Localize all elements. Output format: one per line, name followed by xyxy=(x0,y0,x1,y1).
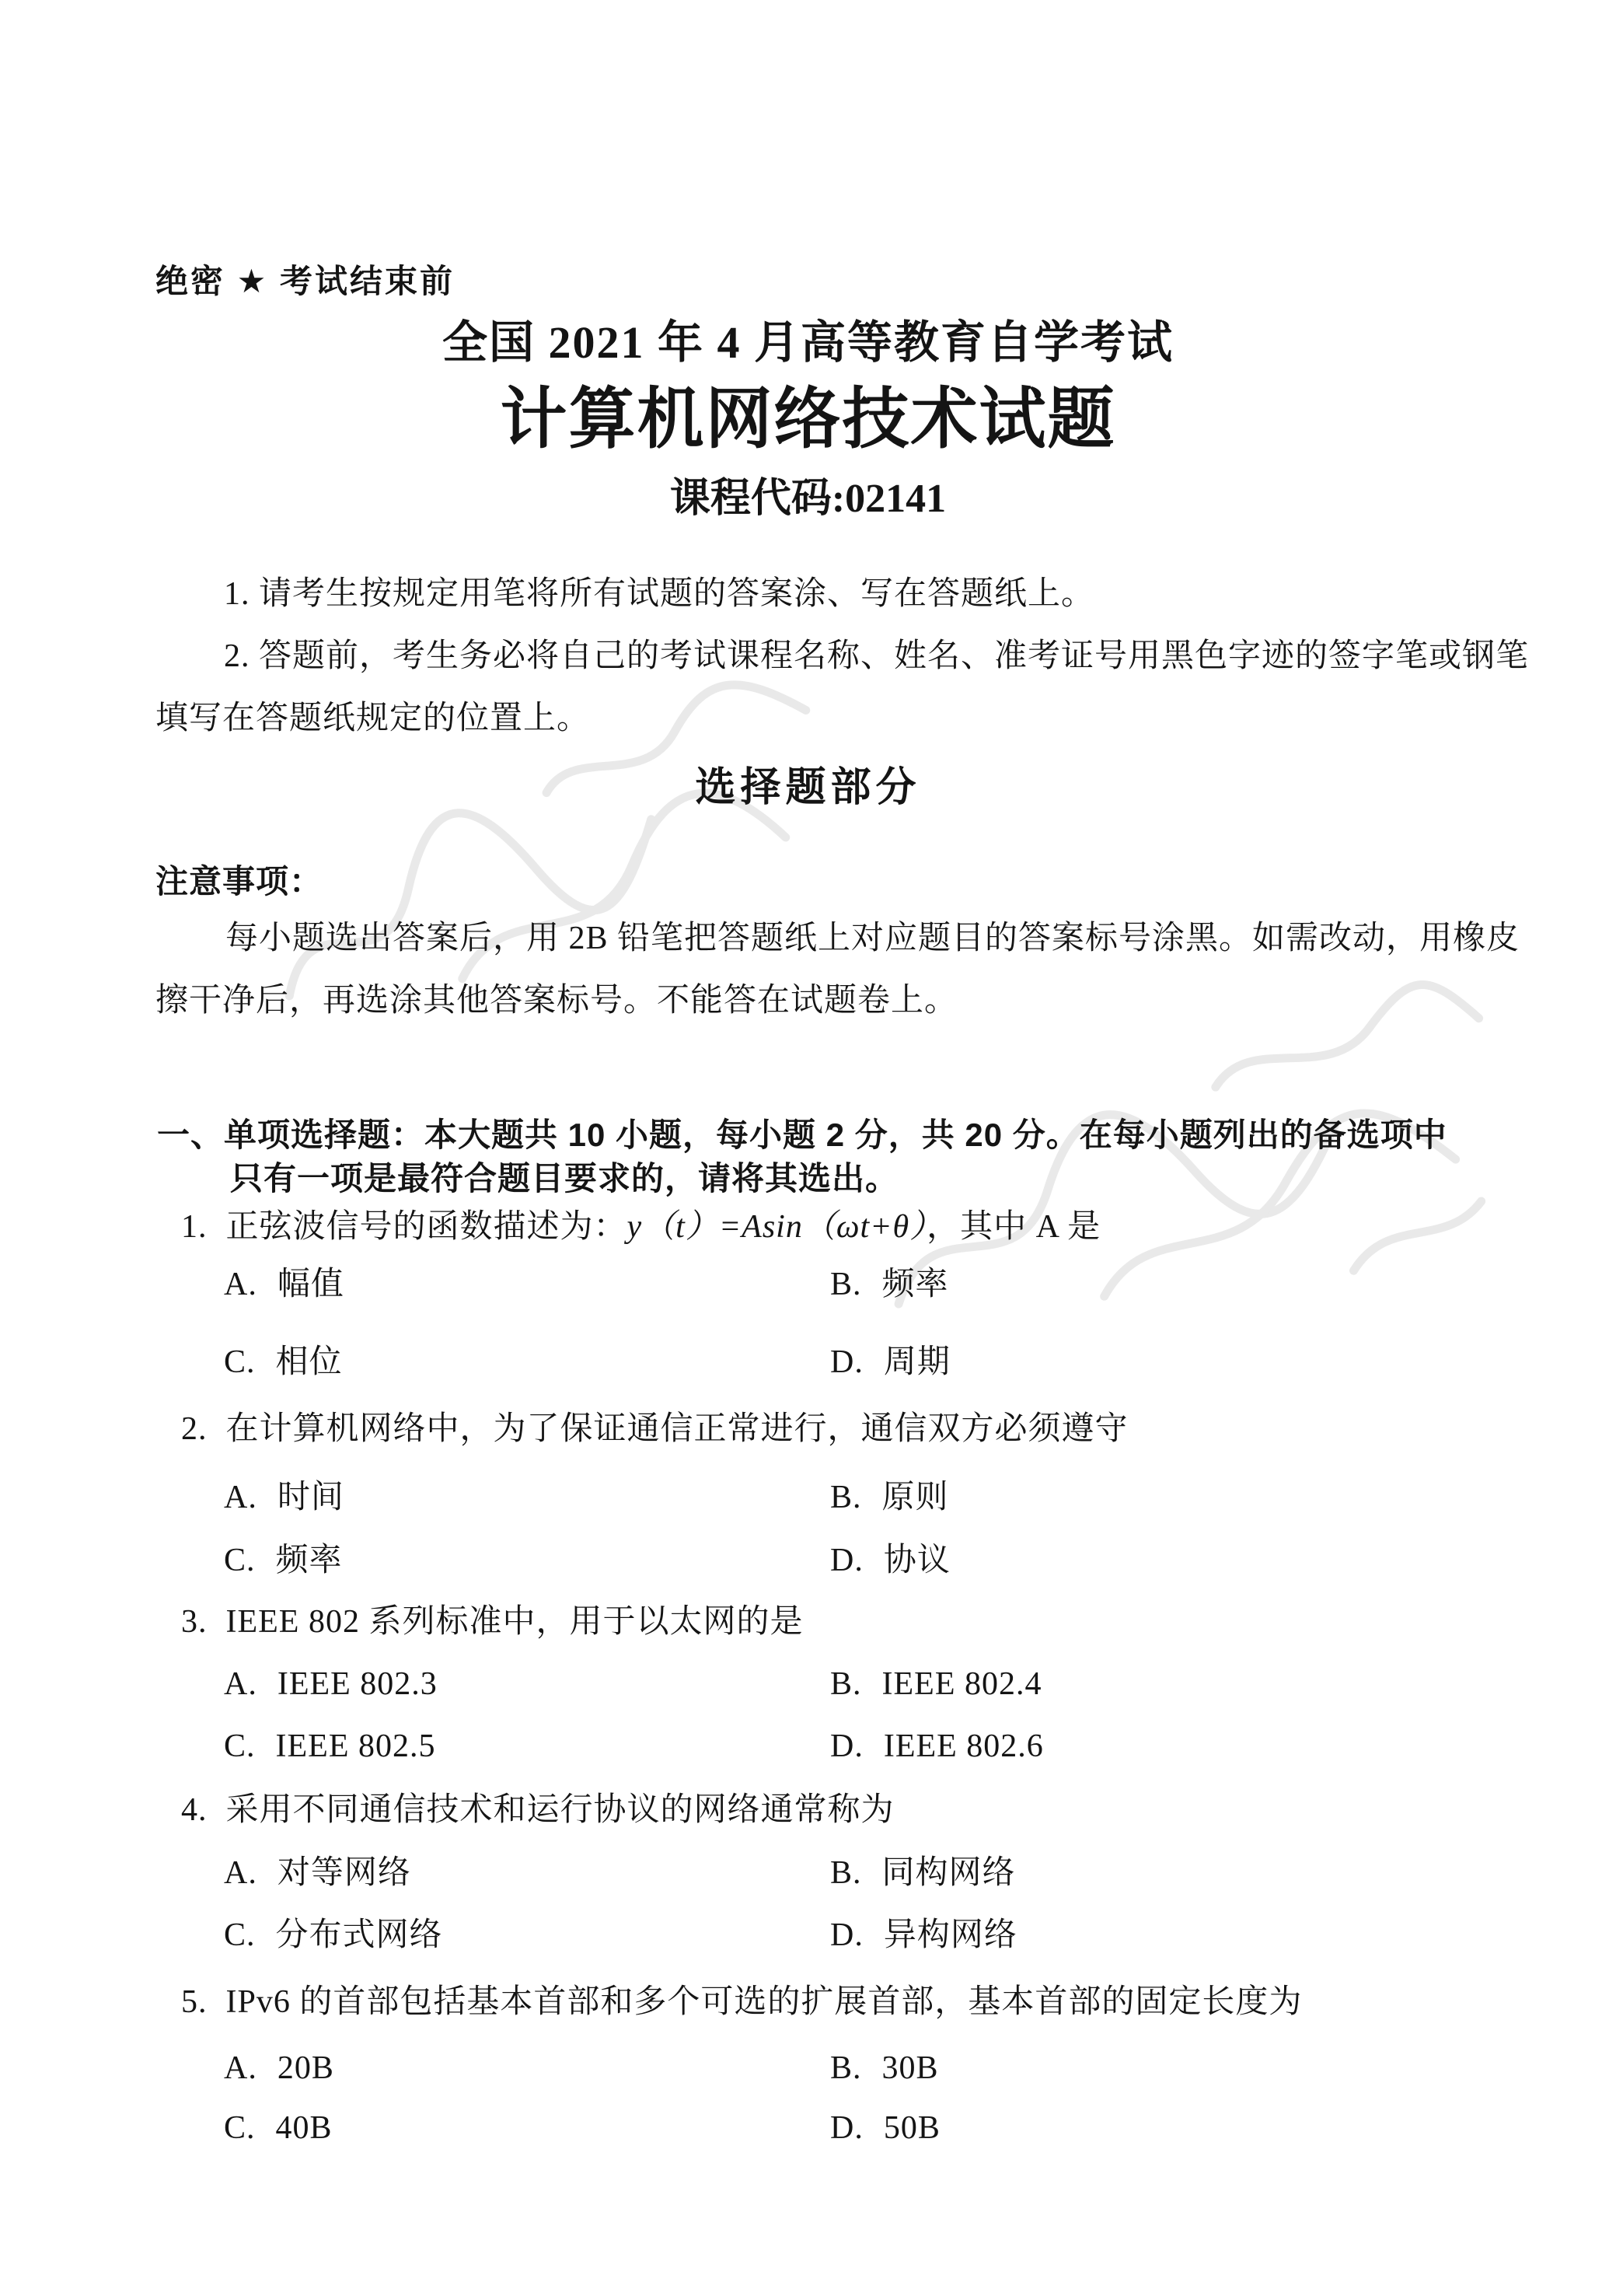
option-label: D. xyxy=(830,2109,864,2147)
option-text: IEEE 802.4 xyxy=(882,1666,1042,1702)
mcq-heading-line-1: 一、单项选择题：本大题共 10 小题，每小题 2 分，共 20 分。在每小题列出… xyxy=(157,1117,1447,1154)
question-5-option-c: C.40B xyxy=(224,2109,333,2147)
option-text: 对等网络 xyxy=(277,1855,411,1891)
instruction-item-2-line-1: 2. 答题前，考生务必将自己的考试课程名称、姓名、准考证号用黑色字迹的签字笔或钢… xyxy=(224,638,1529,675)
question-4-text: 采用不同通信技术和运行协议的网络通常称为 xyxy=(226,1792,895,1828)
notes-line-1: 每小题选出答案后，用 2B 铅笔把答题纸上对应题目的答案标号涂黑。如需改动，用橡… xyxy=(225,920,1520,957)
question-5-option-d: D.50B xyxy=(830,2109,941,2147)
option-text: 50B xyxy=(884,2110,941,2146)
question-3-option-b: B.IEEE 802.4 xyxy=(830,1665,1042,1703)
question-2-option-c: C.频率 xyxy=(224,1542,343,1579)
option-label: C. xyxy=(224,1344,256,1381)
question-1-stem: 1.正弦波信号的函数描述为：y（t）=Asin（ωt+θ），其中 A 是 xyxy=(181,1208,1101,1246)
exam-paper-page: 绝密 ★ 考试结束前 全国 2021 年 4 月高等教育自学考试 计算机网络技术… xyxy=(0,0,1616,2296)
option-text: 幅值 xyxy=(277,1267,344,1302)
option-text: IEEE 802.6 xyxy=(884,1728,1044,1764)
option-text: 相位 xyxy=(276,1344,343,1380)
question-3-option-a: A.IEEE 802.3 xyxy=(224,1665,438,1703)
option-label: A. xyxy=(224,2050,257,2087)
option-label: A. xyxy=(224,1665,257,1703)
question-4-option-d: D.异构网络 xyxy=(830,1917,1017,1954)
question-1-option-c: C.相位 xyxy=(224,1344,343,1381)
exam-title: 全国 2021 年 4 月高等教育自学考试 xyxy=(0,317,1616,369)
question-2-number: 2. xyxy=(181,1410,208,1448)
question-3-option-c: C.IEEE 802.5 xyxy=(224,1728,435,1765)
instruction-item-1: 1. 请考生按规定用笔将所有试题的答案涂、写在答题纸上。 xyxy=(224,575,1094,613)
question-5-text: IPv6 的首部包括基本首部和多个可选的扩展首部，基本首部的固定长度为 xyxy=(226,1984,1303,2020)
option-label: C. xyxy=(224,1542,256,1579)
option-label: D. xyxy=(830,1542,864,1579)
question-1-formula: y（t）=Asin（ωt+θ） xyxy=(627,1209,927,1245)
option-text: 协议 xyxy=(884,1543,951,1578)
option-text: 原则 xyxy=(882,1480,949,1515)
option-label: A. xyxy=(224,1266,257,1303)
question-3-stem: 3.IEEE 802 系列标准中，用于以太网的是 xyxy=(181,1603,803,1641)
question-5-stem: 5.IPv6 的首部包括基本首部和多个可选的扩展首部，基本首部的固定长度为 xyxy=(181,1983,1302,2021)
question-1-text: 正弦波信号的函数描述为： xyxy=(226,1209,627,1245)
option-label: C. xyxy=(224,1728,256,1765)
notes-label: 注意事项： xyxy=(155,863,323,900)
question-4-option-a: A.对等网络 xyxy=(224,1854,411,1892)
option-label: C. xyxy=(224,2109,256,2147)
course-code: 课程代码:02141 xyxy=(0,476,1616,522)
question-1-text-tail: ，其中 A 是 xyxy=(927,1209,1101,1245)
question-2-text: 在计算机网络中，为了保证通信正常进行，通信双方必须遵守 xyxy=(226,1411,1129,1447)
question-3-option-d: D.IEEE 802.6 xyxy=(830,1728,1044,1765)
question-4-number: 4. xyxy=(181,1791,208,1829)
instruction-item-2-line-2: 填写在答题纸规定的位置上。 xyxy=(155,700,590,737)
option-text: 频率 xyxy=(882,1267,949,1302)
option-text: 异构网络 xyxy=(884,1917,1017,1953)
question-5-option-b: B.30B xyxy=(830,2050,939,2087)
question-4-option-b: B.同构网络 xyxy=(830,1854,1016,1892)
option-label: C. xyxy=(224,1917,256,1954)
question-5-number: 5. xyxy=(181,1983,208,2021)
option-text: 时间 xyxy=(277,1480,344,1515)
paper-title: 计算机网络技术试题 xyxy=(0,381,1616,458)
option-text: 20B xyxy=(277,2050,334,2086)
question-1-option-d: D.周期 xyxy=(830,1344,951,1381)
option-label: D. xyxy=(830,1917,864,1954)
security-notice: 绝密 ★ 考试结束前 xyxy=(155,263,455,300)
option-label: A. xyxy=(224,1854,257,1892)
option-label: B. xyxy=(830,2050,862,2087)
option-text: IEEE 802.5 xyxy=(276,1728,436,1764)
question-2-option-b: B.原则 xyxy=(830,1479,949,1516)
option-text: 周期 xyxy=(884,1344,951,1380)
question-3-text: IEEE 802 系列标准中，用于以太网的是 xyxy=(226,1604,804,1640)
option-text: 频率 xyxy=(276,1543,343,1578)
option-label: D. xyxy=(830,1344,864,1381)
question-2-stem: 2.在计算机网络中，为了保证通信正常进行，通信双方必须遵守 xyxy=(181,1410,1129,1448)
question-2-option-a: A.时间 xyxy=(224,1479,344,1516)
option-text: 分布式网络 xyxy=(276,1917,443,1953)
option-label: B. xyxy=(830,1479,862,1516)
question-4-stem: 4.采用不同通信技术和运行协议的网络通常称为 xyxy=(181,1791,895,1829)
question-5-option-a: A.20B xyxy=(224,2050,334,2087)
question-1-option-b: B.频率 xyxy=(830,1266,949,1303)
option-text: 30B xyxy=(882,2050,939,2086)
option-label: B. xyxy=(830,1854,862,1892)
question-3-number: 3. xyxy=(181,1603,208,1641)
option-text: IEEE 802.3 xyxy=(277,1666,438,1702)
option-text: 同构网络 xyxy=(882,1855,1016,1891)
option-label: A. xyxy=(224,1479,257,1516)
mcq-heading-line-2: 只有一项是最符合题目要求的，请将其选出。 xyxy=(230,1160,899,1197)
notes-line-2: 擦干净后，再选涂其他答案标号。不能答在试题卷上。 xyxy=(155,982,958,1019)
question-4-option-c: C.分布式网络 xyxy=(224,1917,443,1954)
option-label: B. xyxy=(830,1266,862,1303)
question-2-option-d: D.协议 xyxy=(830,1542,951,1579)
selection-part-title: 选择题部分 xyxy=(0,765,1616,812)
option-label: B. xyxy=(830,1665,862,1703)
option-text: 40B xyxy=(276,2110,333,2146)
question-1-number: 1. xyxy=(181,1208,208,1246)
option-label: D. xyxy=(830,1728,864,1765)
question-1-option-a: A.幅值 xyxy=(224,1266,344,1303)
